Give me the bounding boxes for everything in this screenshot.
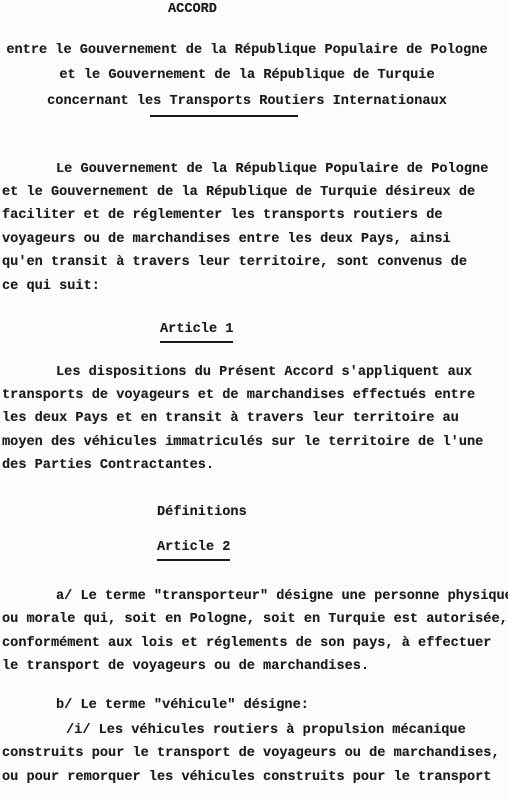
document-page: ACCORD entre le Gouvernement de la Répub… <box>0 0 508 799</box>
article-2-clause-b-i-paragraph: /i/ Les véhicules routiers à propulsion … <box>2 719 508 789</box>
article-2-heading: Article 2 <box>157 541 230 561</box>
article-1-paragraph: Les dispositions du Présent Accord s'app… <box>2 361 508 478</box>
article-2-clause-a-paragraph: a/ Le terme "transporteur" désigne une p… <box>2 585 508 679</box>
article-1-heading: Article 1 <box>160 323 233 343</box>
document-title: ACCORD <box>168 3 217 17</box>
subtitle-underline <box>150 115 298 117</box>
definitions-heading: Définitions <box>157 506 247 520</box>
article-2-clause-b-paragraph: b/ Le terme "véhicule" désigne: <box>2 694 508 717</box>
document-subtitle: entre le Gouvernement de la République P… <box>0 38 494 115</box>
preamble-paragraph: Le Gouvernement de la République Populai… <box>2 158 508 298</box>
